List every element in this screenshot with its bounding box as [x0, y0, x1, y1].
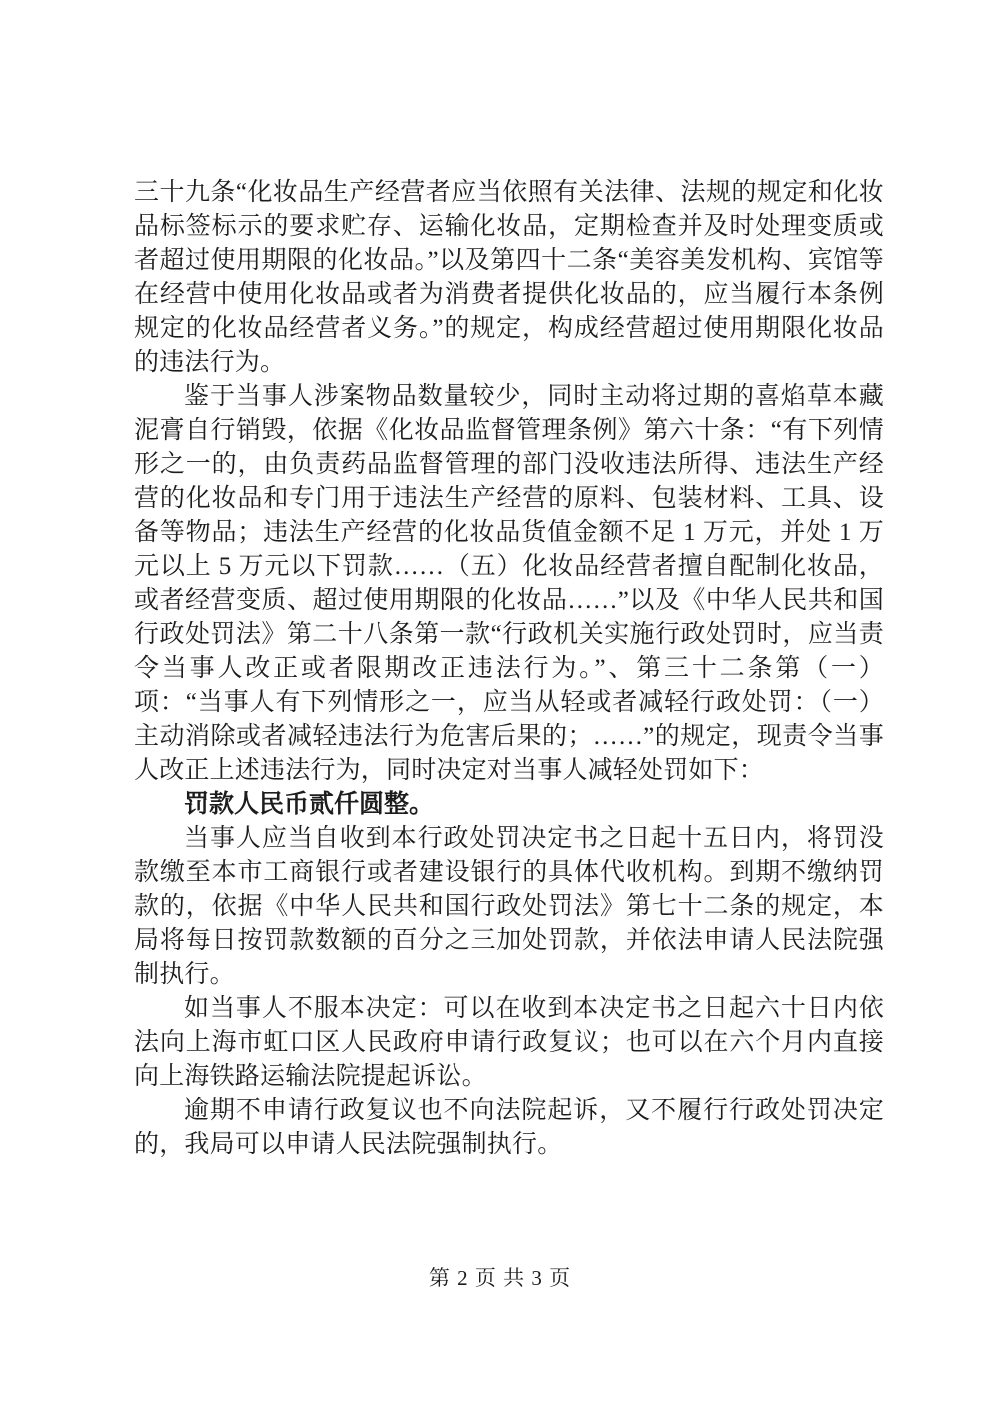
paragraph-penalty-amount: 罚款人民币贰仟圆整。 — [134, 788, 884, 822]
paragraph-payment-instructions: 当事人应当自收到本行政处罚决定书之日起十五日内，将罚没款缴至本市工商银行或者建设… — [134, 822, 884, 992]
paragraph-appeal-rights: 如当事人不服本决定：可以在收到本决定书之日起六十日内依法向上海市虹口区人民政府申… — [134, 992, 884, 1094]
paragraph-mitigation-and-citations: 鉴于当事人涉案物品数量较少，同时主动将过期的喜焰草本藏泥膏自行销毁，依据《化妆品… — [134, 380, 884, 788]
paragraph-legal-basis-continuation: 三十九条“化妆品生产经营者应当依照有关法律、法规的规定和化妆品标签标示的要求贮存… — [134, 176, 884, 380]
paragraph-enforcement-warning: 逾期不申请行政复议也不向法院起诉，又不履行行政处罚决定的，我局可以申请人民法院强… — [134, 1094, 884, 1162]
document-body: 三十九条“化妆品生产经营者应当依照有关法律、法规的规定和化妆品标签标示的要求贮存… — [134, 176, 884, 1162]
document-page: 三十九条“化妆品生产经营者应当依照有关法律、法规的规定和化妆品标签标示的要求贮存… — [0, 0, 1000, 1414]
page-number-footer: 第 2 页 共 3 页 — [0, 1263, 1000, 1293]
